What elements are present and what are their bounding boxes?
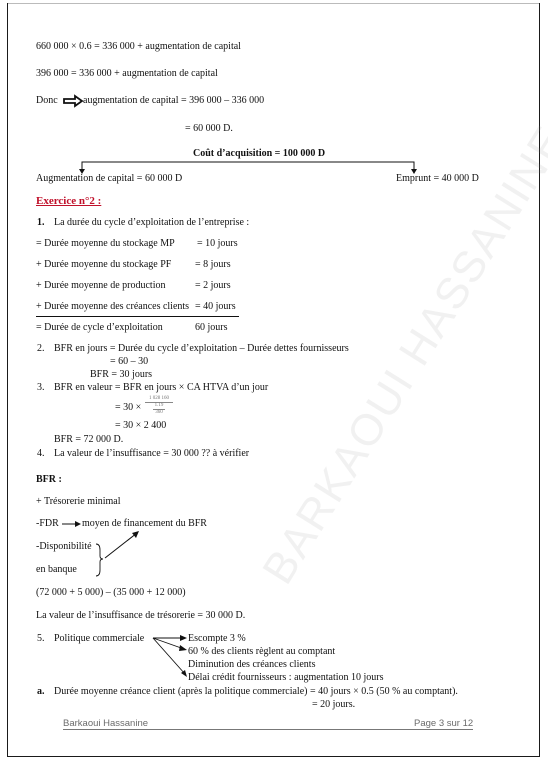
equation-line-3: augmentation de capital = 396 000 – 336 … <box>83 95 264 107</box>
qa-number: a. <box>37 686 45 698</box>
q1-row-label: + Durée moyenne du stockage PF <box>36 259 171 271</box>
footer-page-number: Page 3 sur 12 <box>414 718 473 729</box>
policy-item: Diminution des créances clients <box>188 659 315 671</box>
equation-line-1: 660 000 × 0.6 = 336 000 + augmentation d… <box>36 41 241 53</box>
policy-item: Délai crédit fournisseurs : augmentation… <box>188 672 384 684</box>
q3-calc2: = 30 × 2 400 <box>115 420 166 432</box>
cost-title: Coût d’acquisition = 100 000 D <box>193 148 325 160</box>
bfr-calc: (72 000 + 5 000) – (35 000 + 12 000) <box>36 587 186 599</box>
q3-result: BFR = 72 000 D. <box>54 434 123 446</box>
q4-number: 4. <box>37 448 45 460</box>
q1-row-value: = 10 jours <box>197 238 238 250</box>
q5-number: 5. <box>37 633 45 645</box>
q2-calc: = 60 – 30 <box>110 356 148 368</box>
bfr-line-4: en banque <box>36 564 77 576</box>
policy-arrows <box>150 630 190 680</box>
policy-item: Escompte 3 % <box>188 633 246 645</box>
policy-item: 60 % des clients règlent au comptant <box>188 646 335 658</box>
q2-number: 2. <box>37 343 45 355</box>
q3-calc-prefix: = 30 × <box>115 402 141 414</box>
q1-row-label: = Durée moyenne du stockage MP <box>36 238 175 250</box>
qa-line: Durée moyenne créance client (après la p… <box>54 686 458 698</box>
q1-total-value: 60 jours <box>195 322 228 334</box>
equation-result: = 60 000 D. <box>185 123 233 135</box>
double-arrow-icon <box>63 95 83 107</box>
q1-row-value: = 2 jours <box>195 280 231 292</box>
bfr-line-2: moyen de financement du BFR <box>82 518 207 530</box>
q2-line: BFR en jours = Durée du cycle d’exploita… <box>54 343 349 355</box>
q1-row-value: = 40 jours <box>195 301 236 313</box>
q4-line: La valeur de l’insuffisance = 30 000 ?? … <box>54 448 249 460</box>
loan: Emprunt = 40 000 D <box>396 173 479 185</box>
fraction-denominator: 360 <box>145 410 173 416</box>
q1-total-label: = Durée de cycle d’exploitation <box>36 322 163 334</box>
brace-arrow <box>95 540 145 580</box>
bfr-line-3: -Disponibilité <box>36 541 92 553</box>
donc-label: Donc <box>36 95 58 107</box>
exercise-heading: Exercice n°2 : <box>36 195 101 207</box>
q1-row-label: + Durée moyenne de production <box>36 280 166 292</box>
footer-rule <box>63 729 473 730</box>
q2-result: BFR = 30 jours <box>90 369 152 381</box>
footer-author: Barkaoui Hassanine <box>63 718 148 729</box>
bfr-line-1: + Trésorerie minimal <box>36 496 121 508</box>
q3-line: BFR en valeur = BFR en jours × CA HTVA d… <box>54 382 268 394</box>
q1-row-label: + Durée moyenne des créances clients <box>36 301 189 313</box>
capital-increase: Augmentation de capital = 60 000 D <box>36 173 182 185</box>
qa-result: = 20 jours. <box>312 699 355 711</box>
q1-number: 1. <box>37 217 45 229</box>
q3-number: 3. <box>37 382 45 394</box>
bfr-title: BFR : <box>36 474 62 486</box>
equation-line-2: 396 000 = 336 000 + augmentation de capi… <box>36 68 218 80</box>
q1-title: La durée du cycle d’exploitation de l’en… <box>54 217 249 229</box>
q1-row-value: = 8 jours <box>195 259 231 271</box>
q5-title: Politique commerciale <box>54 633 144 645</box>
arrow-right-icon <box>60 518 82 530</box>
bfr-fdr: -FDR <box>36 518 59 530</box>
bfr-result: La valeur de l’insuffisance de trésoreri… <box>36 610 245 622</box>
sum-line <box>36 316 239 317</box>
